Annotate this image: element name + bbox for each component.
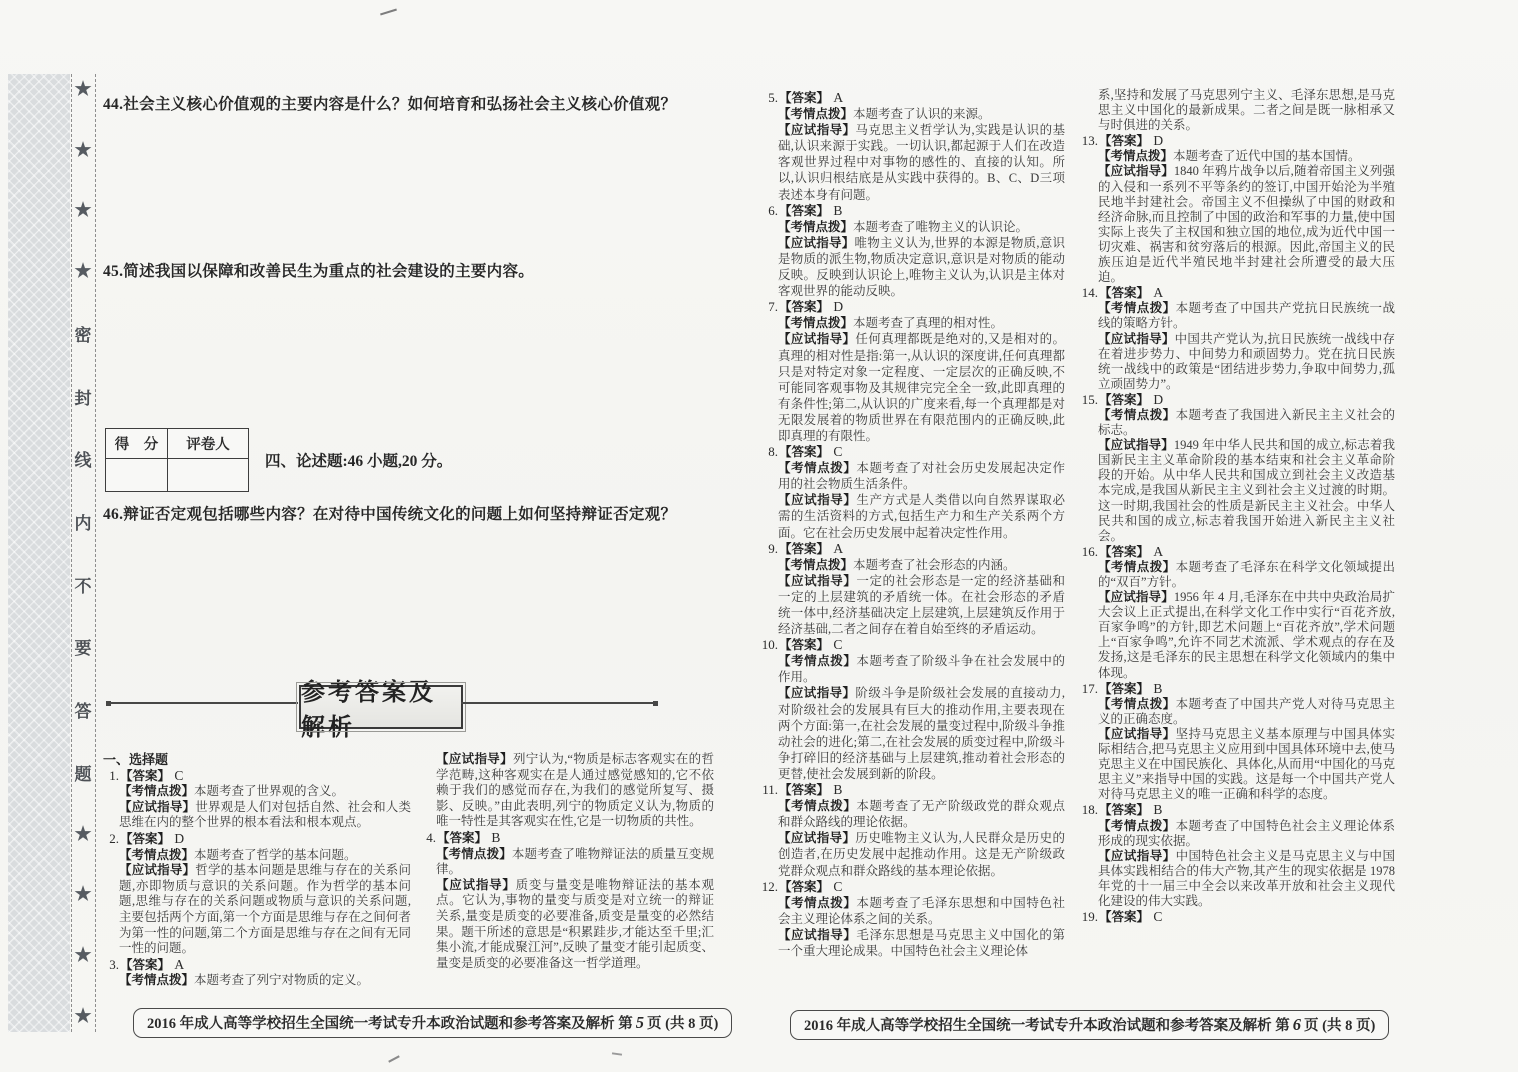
question-46: 46.辩证否定观包括哪些内容？在对待中国传统文化的问题上如何坚持辩证否定观？ bbox=[103, 502, 676, 524]
answer-item: 5.【答案】 A【考情点拨】本题考查了认识的来源。【应试指导】马克思主义哲学认为… bbox=[762, 90, 1065, 203]
answer-paragraph: 【应试指导】中国特色社会主义是马克思主义与中国具体实践相结合的伟大产物,其产生的… bbox=[1098, 849, 1395, 909]
answer-letter: A bbox=[170, 957, 185, 972]
answer-line: 9.【答案】 A bbox=[778, 541, 1065, 557]
scan-artifact-mark bbox=[612, 1052, 622, 1055]
answer-line: 13.【答案】 D bbox=[1098, 133, 1395, 149]
answer-paragraph: 【应试指导】1840 年鸦片战争以后,随着帝国主义列强的入侵和一系列不平等条约的… bbox=[1098, 164, 1395, 285]
answer-number: 15. bbox=[1072, 392, 1099, 407]
grader-label: 评卷人 bbox=[168, 429, 248, 459]
footer-page-label: 第 bbox=[618, 1016, 633, 1032]
answer-number: 12. bbox=[752, 879, 779, 895]
answer-letter: B bbox=[829, 203, 843, 218]
yingshi-label: 【应试指导】 bbox=[778, 493, 856, 507]
star-icon: ★ bbox=[74, 139, 91, 162]
answer-label: 【答案】 bbox=[779, 638, 829, 652]
answer-paragraph: 【考情点拨】本题考查了中国共产党人对待马克思主义的正确态度。 bbox=[1098, 697, 1395, 727]
answer-paragraph: 【应试指导】坚持马克思主义基本原理与中国具体实际相结合,把马克思主义应用到中国具… bbox=[1098, 727, 1395, 802]
yingshi-label: 【应试指导】 bbox=[119, 800, 195, 814]
answer-number: 9. bbox=[752, 541, 779, 557]
scan-artifact-mark bbox=[388, 1055, 400, 1062]
answer-paragraph: 【应试指导】质变与量变是唯物辩证法的基本观点。它认为,事物的量变与质变是对立统一… bbox=[436, 878, 714, 972]
answer-paragraph: 【应试指导】历史唯物主义认为,人民群众是历史的创造者,在历史发展中起推动作用。这… bbox=[778, 830, 1065, 878]
answer-label: 【答案】 bbox=[779, 300, 829, 314]
paragraph-text: 本题考查了近代中国的基本国情。 bbox=[1173, 149, 1361, 163]
answer-line: 17.【答案】 B bbox=[1098, 681, 1395, 697]
answer-number: 13. bbox=[1072, 133, 1099, 148]
answer-number: 4. bbox=[410, 830, 437, 846]
yingshi-label: 【应试指导】 bbox=[1098, 727, 1176, 741]
question-44: 44.社会主义核心价值观的主要内容是什么？如何培育和弘扬社会主义核心价值观？ bbox=[103, 92, 676, 114]
seal-char: 答 bbox=[75, 697, 92, 722]
answer-number: 11. bbox=[752, 782, 779, 798]
answer-paragraph: 【应试指导】中国共产党认为,抗日民族统一战线中存在着进步势力、中间势力和顽固势力… bbox=[1098, 332, 1395, 392]
answer-line: 7.【答案】 D bbox=[778, 299, 1065, 315]
answer-item: 【应试指导】列宁认为,“物质是标志客观实在的哲学范畴,这种客观实在是人通过感觉感… bbox=[420, 752, 714, 830]
answer-letter: C bbox=[170, 768, 184, 783]
answer-paragraph: 【考情点拨】本题考查了毛泽东思想和中国特色社会主义理论体系之间的关系。 bbox=[778, 895, 1065, 927]
answer-letter: D bbox=[1149, 133, 1164, 148]
kaoqing-label: 【考情点拨】 bbox=[778, 107, 853, 121]
footer-page-6: 2016 年成人高等学校招生全国统一考试专升本政治试题和参考答案及解析 第6页 … bbox=[790, 1010, 1389, 1040]
answer-number: 6. bbox=[752, 203, 779, 219]
answer-item: 13.【答案】 D【考情点拨】本题考查了近代中国的基本国情。【应试指导】1840… bbox=[1082, 133, 1395, 285]
yingshi-label: 【应试指导】 bbox=[778, 686, 855, 700]
kaoqing-label: 【考情点拨】 bbox=[119, 784, 194, 798]
answer-letter: D bbox=[1149, 392, 1164, 407]
yingshi-label: 【应试指导】 bbox=[778, 332, 855, 346]
answer-label: 【答案】 bbox=[1099, 910, 1149, 924]
kaoqing-label: 【考情点拨】 bbox=[778, 461, 856, 475]
yingshi-label: 【应试指导】 bbox=[778, 928, 856, 942]
star-icon: ★ bbox=[74, 883, 91, 906]
answer-item: 10.【答案】 C【考情点拨】本题考查了阶级斗争在社会发展中的作用。【应试指导】… bbox=[762, 637, 1065, 782]
seal-char: 要 bbox=[75, 634, 92, 659]
paragraph-text: 本题考查了哲学的基本问题。 bbox=[194, 848, 357, 862]
seal-char: 题 bbox=[75, 760, 92, 785]
kaoqing-label: 【考情点拨】 bbox=[1098, 697, 1176, 711]
answer-letter: C bbox=[1149, 909, 1163, 924]
answer-label: 【答案】 bbox=[120, 769, 170, 783]
answer-letter: B bbox=[1149, 681, 1163, 696]
answer-number: 17. bbox=[1072, 681, 1099, 696]
answer-line: 11.【答案】 B bbox=[778, 782, 1065, 798]
answer-paragraph: 【考情点拨】本题考查了社会形态的内涵。 bbox=[778, 557, 1065, 573]
answer-letter: A bbox=[1149, 285, 1164, 300]
answer-item: 系,坚持和发展了马克思列宁主义、毛泽东思想,是马克思主义中国化的最新成果。二者之… bbox=[1082, 88, 1395, 133]
answer-line: 6.【答案】 B bbox=[778, 203, 1065, 219]
answer-label: 【答案】 bbox=[1099, 682, 1149, 696]
footer-page-number: 6 bbox=[1290, 1015, 1304, 1034]
answer-line: 18.【答案】 B bbox=[1098, 802, 1395, 818]
answers-header: 参考答案及解析 bbox=[299, 685, 463, 729]
answer-item: 16.【答案】 A【考情点拨】本题考查了毛泽东在科学文化领域提出的“双百”方针。… bbox=[1082, 544, 1395, 681]
answer-line: 15.【答案】 D bbox=[1098, 392, 1395, 408]
answer-label: 【答案】 bbox=[779, 445, 829, 459]
answers-column-2: 【应试指导】列宁认为,“物质是标志客观实在的哲学范畴,这种客观实在是人通过感觉感… bbox=[420, 752, 714, 971]
paragraph-text: 本题考查了世界观的含义。 bbox=[194, 784, 344, 798]
answer-line: 8.【答案】 C bbox=[778, 444, 1065, 460]
answer-paragraph: 【考情点拨】本题考查了真理的相对性。 bbox=[778, 315, 1065, 331]
star-icon: ★ bbox=[74, 78, 91, 101]
yingshi-label: 【应试指导】 bbox=[1098, 164, 1174, 178]
answer-label: 【答案】 bbox=[1099, 393, 1149, 407]
answer-paragraph: 【考情点拨】本题考查了我国进入新民主主义社会的标志。 bbox=[1098, 408, 1395, 438]
yingshi-label: 【应试指导】 bbox=[1098, 590, 1174, 604]
answer-item: 2.【答案】 D【考情点拨】本题考查了哲学的基本问题。【应试指导】哲学的基本问题… bbox=[103, 831, 411, 957]
yingshi-label: 【应试指导】 bbox=[1098, 438, 1174, 452]
star-icon: ★ bbox=[74, 1005, 91, 1028]
kaoqing-label: 【考情点拨】 bbox=[1098, 149, 1173, 163]
answer-number: 3. bbox=[93, 957, 120, 973]
paragraph-text: 1840 年鸦片战争以后,随着帝国主义列强的入侵和一系列不平等条约的签订,中国开… bbox=[1098, 164, 1395, 284]
kaoqing-label: 【考情点拨】 bbox=[1098, 408, 1176, 422]
answer-item: 12.【答案】 C【考情点拨】本题考查了毛泽东思想和中国特色社会主义理论体系之间… bbox=[762, 879, 1065, 959]
kaoqing-label: 【考情点拨】 bbox=[436, 847, 512, 861]
answer-paragraph: 【考情点拨】本题考查了阶级斗争在社会发展中的作用。 bbox=[778, 653, 1065, 685]
answer-paragraph: 【考情点拨】本题考查了哲学的基本问题。 bbox=[119, 848, 411, 864]
yingshi-label: 【应试指导】 bbox=[778, 574, 856, 588]
answer-letter: D bbox=[829, 299, 844, 314]
kaoqing-label: 【考情点拨】 bbox=[1098, 560, 1176, 574]
answer-label: 【答案】 bbox=[779, 880, 829, 894]
answer-label: 【答案】 bbox=[437, 831, 487, 845]
answers-section-heading: 一、选择题 bbox=[103, 752, 411, 768]
answer-item: 3.【答案】 A【考情点拨】本题考查了列宁对物质的定义。 bbox=[103, 957, 411, 989]
answer-paragraph: 【应试指导】毛泽东思想是马克思主义中国化的第一个重大理论成果。中国特色社会主义理… bbox=[778, 927, 1065, 959]
paragraph-text: 本题考查了真理的相对性。 bbox=[853, 316, 1003, 330]
header-rule-left bbox=[110, 702, 298, 704]
answer-item: 14.【答案】 A【考情点拨】本题考查了中国共产党抗日民族统一战线的策略方针。【… bbox=[1082, 285, 1395, 392]
answer-letter: A bbox=[829, 90, 844, 105]
answer-paragraph: 【应试指导】1956 年 4 月,毛泽东在中共中央政治局扩大会议上正式提出,在科… bbox=[1098, 590, 1395, 681]
seal-char: 封 bbox=[75, 384, 92, 409]
answer-paragraph: 【考情点拨】本题考查了唯物主义的认识论。 bbox=[778, 219, 1065, 235]
yingshi-label: 【应试指导】 bbox=[436, 878, 516, 892]
footer-page-word: 页 bbox=[647, 1016, 662, 1032]
star-icon: ★ bbox=[74, 199, 91, 222]
yingshi-label: 【应试指导】 bbox=[436, 752, 513, 766]
answer-item: 6.【答案】 B【考情点拨】本题考查了唯物主义的认识论。【应试指导】唯物主义认为… bbox=[762, 203, 1065, 300]
answer-number: 1. bbox=[93, 768, 120, 784]
answer-line: 14.【答案】 A bbox=[1098, 285, 1395, 301]
answer-item: 4.【答案】 B【考情点拨】本题考查了唯物辩证法的质量互变规律。【应试指导】质变… bbox=[420, 830, 714, 971]
answer-item: 7.【答案】 D【考情点拨】本题考查了真理的相对性。【应试指导】任何真理都既是绝… bbox=[762, 299, 1065, 444]
answer-number: 19. bbox=[1072, 909, 1099, 924]
answer-number: 16. bbox=[1072, 544, 1099, 559]
answer-label: 【答案】 bbox=[779, 204, 829, 218]
seal-char: 线 bbox=[75, 446, 92, 471]
scan-artifact-mark bbox=[380, 9, 397, 16]
answer-paragraph: 【应试指导】1949 年中华人民共和国的成立,标志着我国新民主主义革命阶段的基本… bbox=[1098, 438, 1395, 544]
kaoqing-label: 【考情点拨】 bbox=[1098, 819, 1176, 833]
yingshi-label: 【应试指导】 bbox=[1098, 849, 1176, 863]
kaoqing-label: 【考情点拨】 bbox=[119, 973, 194, 987]
score-label: 得 分 bbox=[106, 429, 168, 459]
answer-paragraph: 【应试指导】世界观是人们对包括自然、社会和人类思维在内的整个世界的根本看法和根本… bbox=[119, 800, 411, 831]
answer-item: 11.【答案】 B【考情点拨】本题考查了无产阶级政党的群众观点和群众路线的理论依… bbox=[762, 782, 1065, 879]
answer-letter: B bbox=[487, 830, 501, 845]
header-rule-right bbox=[461, 702, 654, 704]
answer-label: 【答案】 bbox=[779, 783, 829, 797]
score-box: 得 分 评卷人 bbox=[105, 428, 249, 492]
answer-letter: C bbox=[829, 444, 843, 459]
answer-paragraph: 【考情点拨】本题考查了毛泽东在科学文化领域提出的“双百”方针。 bbox=[1098, 560, 1395, 590]
paragraph-text: 本题考查了认识的来源。 bbox=[853, 107, 991, 121]
paragraph-text: 1949 年中华人民共和国的成立,标志着我国新民主主义革命阶段的基本结束和社会主… bbox=[1098, 438, 1395, 543]
answer-line: 19.【答案】 C bbox=[1098, 909, 1395, 925]
answers-column-3: 5.【答案】 A【考情点拨】本题考查了认识的来源。【应试指导】马克思主义哲学认为… bbox=[762, 90, 1065, 959]
kaoqing-label: 【考情点拨】 bbox=[778, 896, 856, 910]
answer-item: 8.【答案】 C【考情点拨】本题考查了对社会历史发展起决定作用的社会物质生活条件… bbox=[762, 444, 1065, 541]
seal-char: 密 bbox=[75, 321, 92, 346]
answer-line: 2.【答案】 D bbox=[119, 831, 411, 848]
answer-item: 19.【答案】 C bbox=[1082, 909, 1395, 925]
answer-paragraph: 【应试指导】任何真理都既是绝对的,又是相对的。真理的相对性是指:第一,从认识的深… bbox=[778, 331, 1065, 444]
yingshi-label: 【应试指导】 bbox=[119, 863, 195, 877]
answer-line: 1.【答案】 C bbox=[119, 768, 411, 785]
answer-paragraph: 【考情点拨】本题考查了对社会历史发展起决定作用的社会物质生活条件。 bbox=[778, 460, 1065, 492]
answer-item: 17.【答案】 B【考情点拨】本题考查了中国共产党人对待马克思主义的正确态度。【… bbox=[1082, 681, 1395, 803]
footer-page-word: 页 bbox=[1304, 1018, 1319, 1034]
answer-paragraph: 【考情点拨】本题考查了列宁对物质的定义。 bbox=[119, 973, 411, 989]
question-45: 45.简述我国以保障和改善民生为重点的社会建设的主要内容。 bbox=[103, 259, 534, 281]
kaoqing-label: 【考情点拨】 bbox=[778, 558, 853, 572]
answer-paragraph: 【考情点拨】本题考查了世界观的含义。 bbox=[119, 784, 411, 800]
answer-label: 【答案】 bbox=[779, 91, 829, 105]
answer-paragraph: 【应试指导】唯物主义认为,世界的本源是物质,意识是物质的派生物,物质决定意识,意… bbox=[778, 235, 1065, 299]
answer-paragraph: 【应试指导】哲学的基本问题是思维与存在的关系问题,亦即物质与意识的关系问题。作为… bbox=[119, 863, 411, 957]
footer-page-label: 第 bbox=[1275, 1018, 1290, 1034]
answer-label: 【答案】 bbox=[120, 832, 170, 846]
yingshi-label: 【应试指导】 bbox=[1098, 332, 1175, 346]
seal-char: 内 bbox=[75, 509, 92, 534]
answer-paragraph: 【应试指导】生产方式是人类借以向自然界谋取必需的生活资料的方式,包括生产力和生产… bbox=[778, 492, 1065, 540]
kaoqing-label: 【考情点拨】 bbox=[778, 799, 856, 813]
paragraph-text: 本题考查了社会形态的内涵。 bbox=[853, 558, 1016, 572]
answer-label: 【答案】 bbox=[1099, 545, 1149, 559]
answers-column-1: 一、选择题1.【答案】 C【考情点拨】本题考查了世界观的含义。【应试指导】世界观… bbox=[103, 752, 411, 989]
kaoqing-label: 【考情点拨】 bbox=[778, 654, 856, 668]
kaoqing-label: 【考情点拨】 bbox=[778, 220, 853, 234]
answer-number: 5. bbox=[752, 90, 779, 106]
answer-number: 18. bbox=[1072, 802, 1099, 817]
answer-item: 1.【答案】 C【考情点拨】本题考查了世界观的含义。【应试指导】世界观是人们对包… bbox=[103, 768, 411, 831]
footer-text: 2016 年成人高等学校招生全国统一考试专升本政治试题和参考答案及解析 bbox=[804, 1018, 1272, 1034]
answer-line: 4.【答案】 B bbox=[436, 830, 714, 847]
seal-char: 不 bbox=[75, 572, 92, 597]
answer-letter: C bbox=[829, 879, 843, 894]
star-icon: ★ bbox=[74, 944, 91, 967]
answer-paragraph: 【应试指导】马克思主义哲学认为,实践是认识的基础,认识来源于实践。一切认识,都起… bbox=[778, 122, 1065, 202]
header-rule-dot-right bbox=[653, 701, 658, 706]
answer-paragraph: 【应试指导】列宁认为,“物质是标志客观实在的哲学范畴,这种客观实在是人通过感觉感… bbox=[436, 752, 714, 830]
star-icon: ★ bbox=[74, 823, 91, 846]
answer-line: 16.【答案】 A bbox=[1098, 544, 1395, 560]
paragraph-text: 本题考查了列宁对物质的定义。 bbox=[194, 973, 369, 987]
answer-letter: C bbox=[829, 637, 843, 652]
answer-line: 5.【答案】 A bbox=[778, 90, 1065, 106]
answer-label: 【答案】 bbox=[1099, 134, 1149, 148]
answer-letter: A bbox=[1149, 544, 1164, 559]
answer-letter: B bbox=[829, 782, 843, 797]
yingshi-label: 【应试指导】 bbox=[778, 123, 855, 137]
answer-paragraph: 【考情点拨】本题考查了近代中国的基本国情。 bbox=[1098, 149, 1395, 164]
footer-page-5: 2016 年成人高等学校招生全国统一考试专升本政治试题和参考答案及解析 第5页 … bbox=[133, 1008, 732, 1038]
grader-empty-cell bbox=[168, 459, 248, 491]
answer-paragraph: 【考情点拨】本题考查了中国特色社会主义理论体系形成的现实依据。 bbox=[1098, 819, 1395, 849]
score-empty-cell bbox=[106, 459, 168, 491]
footer-text: 2016 年成人高等学校招生全国统一考试专升本政治试题和参考答案及解析 bbox=[147, 1016, 615, 1032]
answer-letter: A bbox=[829, 541, 844, 556]
answer-label: 【答案】 bbox=[120, 958, 170, 972]
answer-number: 10. bbox=[752, 637, 779, 653]
footer-total-pages: (共 8 页) bbox=[1322, 1018, 1375, 1034]
answer-paragraph: 【应试指导】阶级斗争是阶级社会发展的直接动力,对阶级社会的发展具有巨大的推动作用… bbox=[778, 685, 1065, 782]
kaoqing-label: 【考情点拨】 bbox=[1098, 301, 1176, 315]
scanned-exam-page: ★★★★密封线内不要答题★★★★ 44.社会主义核心价值观的主要内容是什么？如何… bbox=[0, 0, 1518, 1072]
answer-letter: B bbox=[1149, 802, 1163, 817]
answer-line: 10.【答案】 C bbox=[778, 637, 1065, 653]
answer-paragraph: 【考情点拨】本题考查了中国共产党抗日民族统一战线的策略方针。 bbox=[1098, 301, 1395, 331]
yingshi-label: 【应试指导】 bbox=[778, 236, 855, 250]
answer-line: 12.【答案】 C bbox=[778, 879, 1065, 895]
paragraph-text: 本题考查了唯物主义的认识论。 bbox=[853, 220, 1028, 234]
answer-number: 7. bbox=[752, 299, 779, 315]
seal-pattern-band bbox=[8, 74, 70, 1032]
answer-label: 【答案】 bbox=[1099, 286, 1149, 300]
answer-paragraph: 【考情点拨】本题考查了无产阶级政党的群众观点和群众路线的理论依据。 bbox=[778, 798, 1065, 830]
answer-paragraph: 【考情点拨】本题考查了唯物辩证法的质量互变规律。 bbox=[436, 847, 714, 878]
section-4-title: 四、论述题:46 小题,20 分。 bbox=[265, 449, 452, 471]
yingshi-label: 【应试指导】 bbox=[778, 831, 855, 845]
footer-total-pages: (共 8 页) bbox=[665, 1016, 718, 1032]
answer-paragraph: 【考情点拨】本题考查了认识的来源。 bbox=[778, 106, 1065, 122]
paragraph-text: 任何真理都既是绝对的,又是相对的。真理的相对性是指:第一,从认识的深度讲,任何真… bbox=[778, 332, 1065, 443]
kaoqing-label: 【考情点拨】 bbox=[119, 848, 194, 862]
answers-column-4: 系,坚持和发展了马克思列宁主义、毛泽东思想,是马克思主义中国化的最新成果。二者之… bbox=[1082, 88, 1395, 925]
answer-letter: D bbox=[170, 831, 185, 846]
answer-number: 8. bbox=[752, 444, 779, 460]
seal-vertical-text: ★★★★密封线内不要答题★★★★ bbox=[70, 78, 96, 1028]
answer-paragraph: 【应试指导】一定的社会形态是一定的经济基础和一定的上层建筑的矛盾统一体。在社会形… bbox=[778, 573, 1065, 637]
answer-label: 【答案】 bbox=[779, 542, 829, 556]
answer-item: 9.【答案】 A【考情点拨】本题考查了社会形态的内涵。【应试指导】一定的社会形态… bbox=[762, 541, 1065, 638]
answer-item: 18.【答案】 B【考情点拨】本题考查了中国特色社会主义理论体系形成的现实依据。… bbox=[1082, 802, 1395, 909]
answer-line: 3.【答案】 A bbox=[119, 957, 411, 974]
footer-page-number: 5 bbox=[633, 1013, 647, 1032]
answer-paragraph: 系,坚持和发展了马克思列宁主义、毛泽东思想,是马克思主义中国化的最新成果。二者之… bbox=[1098, 88, 1395, 133]
paragraph-text: 系,坚持和发展了马克思列宁主义、毛泽东思想,是马克思主义中国化的最新成果。二者之… bbox=[1098, 88, 1395, 132]
answer-label: 【答案】 bbox=[1099, 803, 1149, 817]
answer-item: 15.【答案】 D【考情点拨】本题考查了我国进入新民主主义社会的标志。【应试指导… bbox=[1082, 392, 1395, 544]
paragraph-text: 阶级斗争是阶级社会发展的直接动力,对阶级社会的发展具有巨大的推动作用,主要表现在… bbox=[778, 686, 1065, 780]
answer-number: 2. bbox=[93, 831, 120, 847]
star-icon: ★ bbox=[74, 260, 91, 283]
answer-number: 14. bbox=[1072, 285, 1099, 300]
kaoqing-label: 【考情点拨】 bbox=[778, 316, 853, 330]
